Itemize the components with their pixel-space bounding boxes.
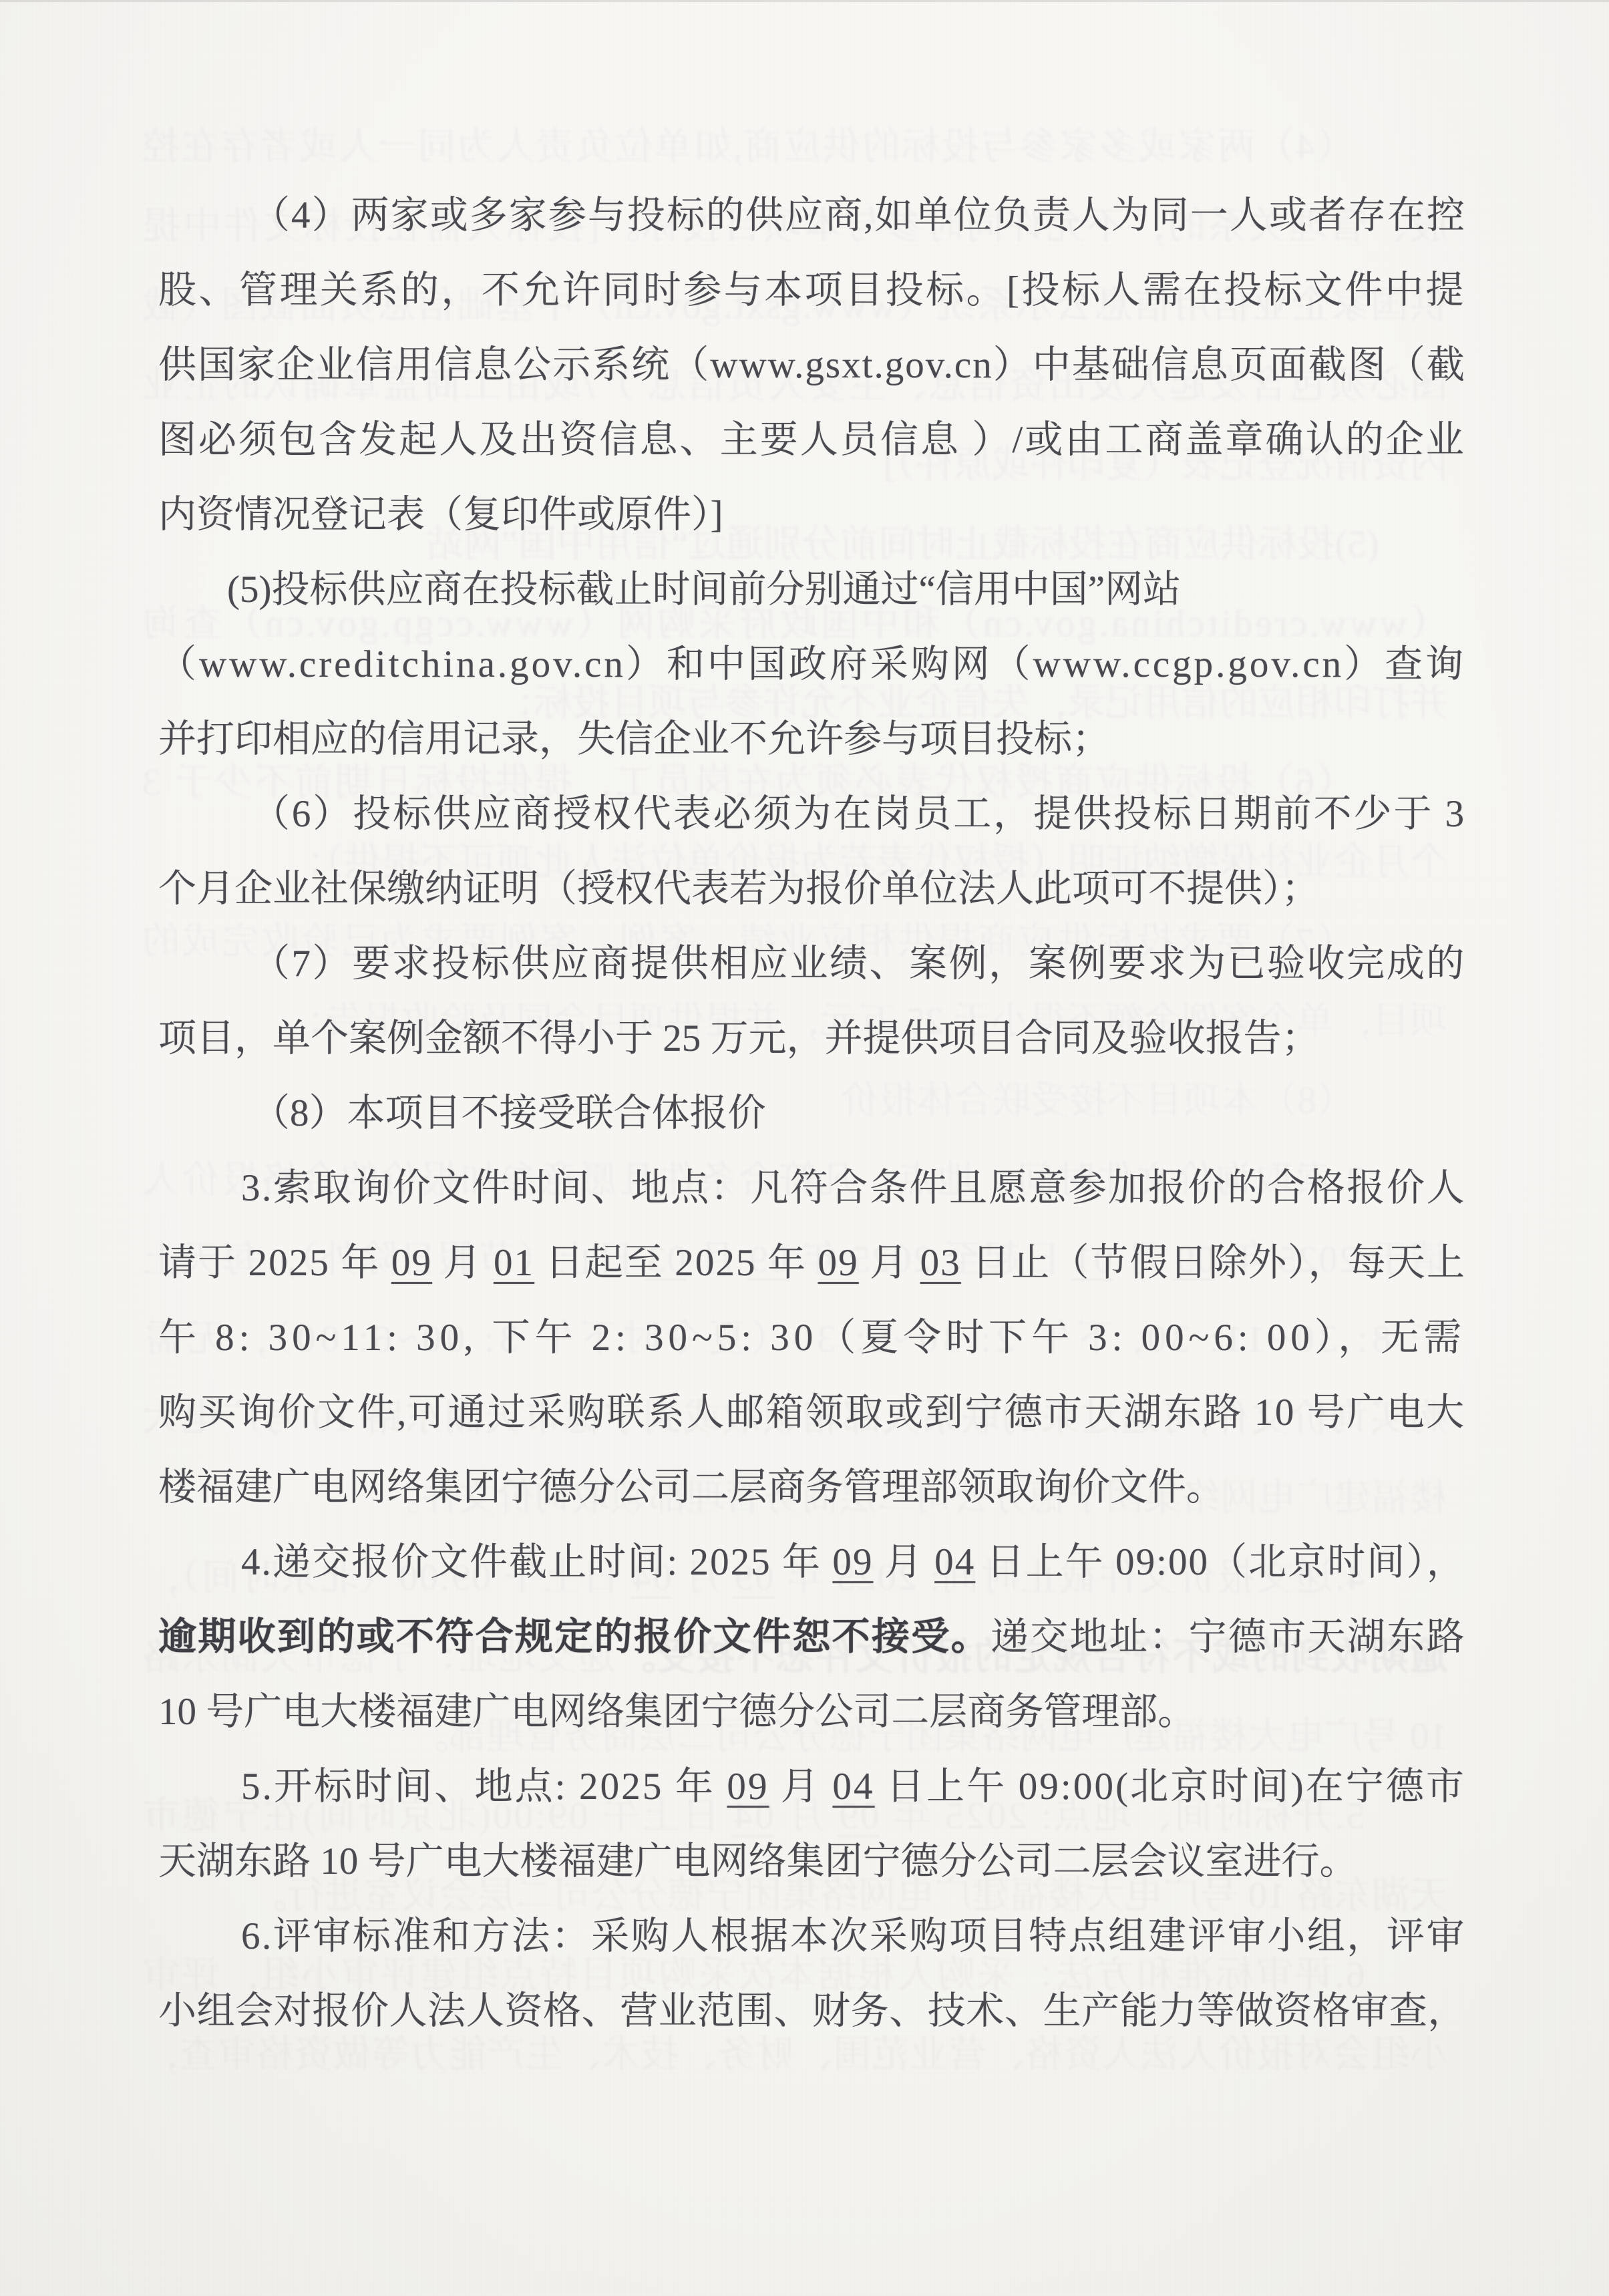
underlined-date-value: 04 xyxy=(832,1766,874,1808)
scan-top-edge xyxy=(0,0,1609,2)
text-run: 午 8: 30~11: 30, 下午 2: 30~5: 30（夏令时下午 3: … xyxy=(158,1317,1466,1359)
text-run: 日起至 2025 年 xyxy=(534,1242,818,1284)
text-line: 内资情况登记表（复印件或原件）] xyxy=(158,478,723,552)
text-line: 个月企业社保缴纳证明（授权代表若为报价单位法人此项可不提供）； xyxy=(158,852,1320,927)
first-line-indent xyxy=(158,975,252,976)
scanned-document-page: （4）两家或多家参与投标的供应商,如单位负责人为同一人或者存在控股、管理关系的，… xyxy=(0,0,1609,2296)
first-line-indent xyxy=(158,826,252,826)
underlined-date-value: 09 xyxy=(832,1541,873,1583)
text-line: 小组会对报价人法人资格、营业范围、财务、技术、生产能力等做资格审查， xyxy=(158,1974,1466,2049)
text-run: 小组会对报价人法人资格、营业范围、财务、技术、生产能力等做资格审查， xyxy=(158,1990,1466,2032)
text-line: 10 号广电大楼福建广电网络集团宁德分公司二层商务管理部。 xyxy=(158,1675,1196,1750)
first-line-indent xyxy=(158,1200,241,1200)
text-line: 午 8: 30~11: 30, 下午 2: 30~5: 30（夏令时下午 3: … xyxy=(158,1301,1466,1375)
text-run: 日上午 09:00（北京时间）， xyxy=(975,1541,1466,1583)
text-line: 楼福建广电网络集团宁德分公司二层商务管理部领取询价文件。 xyxy=(158,1450,1224,1525)
underlined-date-value: 04 xyxy=(934,1541,975,1583)
text-line: （7）要求投标供应商提供相应业绩、案例，案例要求为已验收完成的 xyxy=(158,927,1466,1001)
text-run: 请于 2025 年 xyxy=(158,1242,391,1284)
text-run: （4）两家或多家参与投标的供应商,如单位负责人为同一人或者存在控 xyxy=(252,194,1466,236)
text-line: （www.creditchina.gov.cn）和中国政府采购网（www.ccg… xyxy=(158,627,1466,702)
text-line: （6）投标供应商授权代表必须为在岗员工，提供投标日期前不少于 3 xyxy=(158,777,1466,852)
underlined-date-value: 03 xyxy=(920,1242,961,1284)
text-run: 递交地址：宁德市天湖东路 xyxy=(991,1616,1466,1658)
text-run: 月 xyxy=(432,1242,494,1284)
text-run: 月 xyxy=(874,1541,935,1583)
text-run: （www.creditchina.gov.cn）和中国政府采购网（www.ccg… xyxy=(158,643,1466,685)
text-run: （7）要求投标供应商提供相应业绩、案例，案例要求为已验收完成的 xyxy=(252,943,1466,985)
text-run: （6）投标供应商授权代表必须为在岗员工，提供投标日期前不少于 3 xyxy=(252,793,1466,835)
text-line: （8）本项目不接受联合体报价 xyxy=(158,1076,766,1151)
text-line: （4）两家或多家参与投标的供应商,如单位负责人为同一人或者存在控 xyxy=(158,178,1466,253)
text-run: 购买询价文件,可通过采购联系人邮箱领取或到宁德市天湖东路 10 号广电大 xyxy=(158,1391,1466,1434)
text-run: 4.递交报价文件截止时间: 2025 年 xyxy=(241,1541,832,1583)
first-line-indent xyxy=(158,227,252,228)
text-run: 10 号广电大楼福建广电网络集团宁德分公司二层商务管理部。 xyxy=(158,1691,1196,1733)
text-line: 6.评审标准和方法：采购人根据本次采购项目特点组建评审小组，评审 xyxy=(158,1899,1466,1974)
text-line: 5.开标时间、地点: 2025 年 09 月 04 日上午 09:00(北京时间… xyxy=(158,1750,1466,1824)
document-body: （4）两家或多家参与投标的供应商,如单位负责人为同一人或者存在控股、管理关系的，… xyxy=(158,178,1466,2049)
text-run: 日止（节假日除外），每天上 xyxy=(961,1242,1466,1284)
text-line: 3.索取询价文件时间、地点：凡符合条件且愿意参加报价的合格报价人 xyxy=(158,1151,1466,1226)
text-line: 图必须包含发起人及出资信息、主要人员信息 ）/或由工商盖章确认的企业 xyxy=(158,403,1466,478)
text-run: (5)投标供应商在投标截止时间前分别通过“信用中国”网站 xyxy=(227,568,1181,611)
underlined-date-value: 01 xyxy=(494,1242,534,1284)
text-run: 楼福建广电网络集团宁德分公司二层商务管理部领取询价文件。 xyxy=(158,1466,1224,1508)
first-line-indent xyxy=(158,1125,252,1126)
text-run: （8）本项目不接受联合体报价 xyxy=(252,1092,766,1134)
first-line-indent xyxy=(158,1798,241,1799)
bold-emphasis-text: 逾期收到的或不符合规定的报价文件恕不接受。 xyxy=(158,1616,991,1658)
text-line: 逾期收到的或不符合规定的报价文件恕不接受。递交地址：宁德市天湖东路 xyxy=(158,1600,1466,1675)
text-line: 购买询价文件,可通过采购联系人邮箱领取或到宁德市天湖东路 10 号广电大 xyxy=(158,1375,1466,1450)
first-line-indent xyxy=(158,1948,241,1949)
text-run: 股、管理关系的，不允许同时参与本项目投标。[投标人需在投标文件中提 xyxy=(158,269,1466,311)
text-line: （4）两家或多家参与投标的供应商,如单位负责人为同一人或者存在控 xyxy=(140,107,1448,186)
text-run: 月 xyxy=(859,1242,920,1284)
text-run: 5.开标时间、地点: 2025 年 xyxy=(241,1766,727,1808)
text-run: 日上午 09:00(北京时间)在宁德市 xyxy=(875,1766,1467,1808)
text-line: (5)投标供应商在投标截止时间前分别通过“信用中国”网站 xyxy=(158,552,1181,627)
text-line: 请于 2025 年 09 月 01 日起至 2025 年 09 月 03 日止（… xyxy=(158,1226,1466,1301)
text-run: 图必须包含发起人及出资信息、主要人员信息 ）/或由工商盖章确认的企业 xyxy=(158,419,1466,461)
underlined-date-value: 09 xyxy=(818,1242,859,1284)
text-line: 供国家企业信用信息公示系统（www.gsxt.gov.cn）中基础信息页面截图（… xyxy=(158,328,1466,403)
text-line: 项目，单个案例金额不得小于 25 万元，并提供项目合同及验收报告； xyxy=(158,1001,1320,1076)
text-run: 项目，单个案例金额不得小于 25 万元，并提供项目合同及验收报告； xyxy=(158,1017,1320,1059)
text-run: 内资情况登记表（复印件或原件）] xyxy=(158,494,723,536)
underlined-date-value: 09 xyxy=(727,1766,769,1808)
text-line: 股、管理关系的，不允许同时参与本项目投标。[投标人需在投标文件中提 xyxy=(158,253,1466,328)
text-run: 月 xyxy=(769,1766,833,1808)
first-line-indent xyxy=(1355,158,1448,159)
text-run: 6.评审标准和方法：采购人根据本次采购项目特点组建评审小组，评审 xyxy=(241,1915,1466,1957)
text-run: 个月企业社保缴纳证明（授权代表若为报价单位法人此项可不提供）； xyxy=(158,868,1320,910)
text-run: 天湖东路 10 号广电大楼福建广电网络集团宁德分公司二层会议室进行。 xyxy=(158,1840,1358,1882)
text-run: （4）两家或多家参与投标的供应商,如单位负责人为同一人或者存在控 xyxy=(140,126,1355,168)
text-run: 供国家企业信用信息公示系统（www.gsxt.gov.cn）中基础信息页面截图（… xyxy=(158,344,1466,386)
text-line: 天湖东路 10 号广电大楼福建广电网络集团宁德分公司二层会议室进行。 xyxy=(158,1824,1358,1899)
text-line: 4.递交报价文件截止时间: 2025 年 09 月 04 日上午 09:00（北… xyxy=(158,1525,1466,1600)
first-line-indent xyxy=(158,1574,241,1575)
underlined-date-value: 09 xyxy=(391,1242,432,1284)
text-run: 并打印相应的信用记录，失信企业不允许参与项目投标； xyxy=(158,718,1110,760)
text-run: 3.索取询价文件时间、地点：凡符合条件且愿意参加报价的合格报价人 xyxy=(241,1167,1466,1209)
text-line: 并打印相应的信用记录，失信企业不允许参与项目投标； xyxy=(158,702,1110,777)
first-line-indent xyxy=(158,601,227,602)
